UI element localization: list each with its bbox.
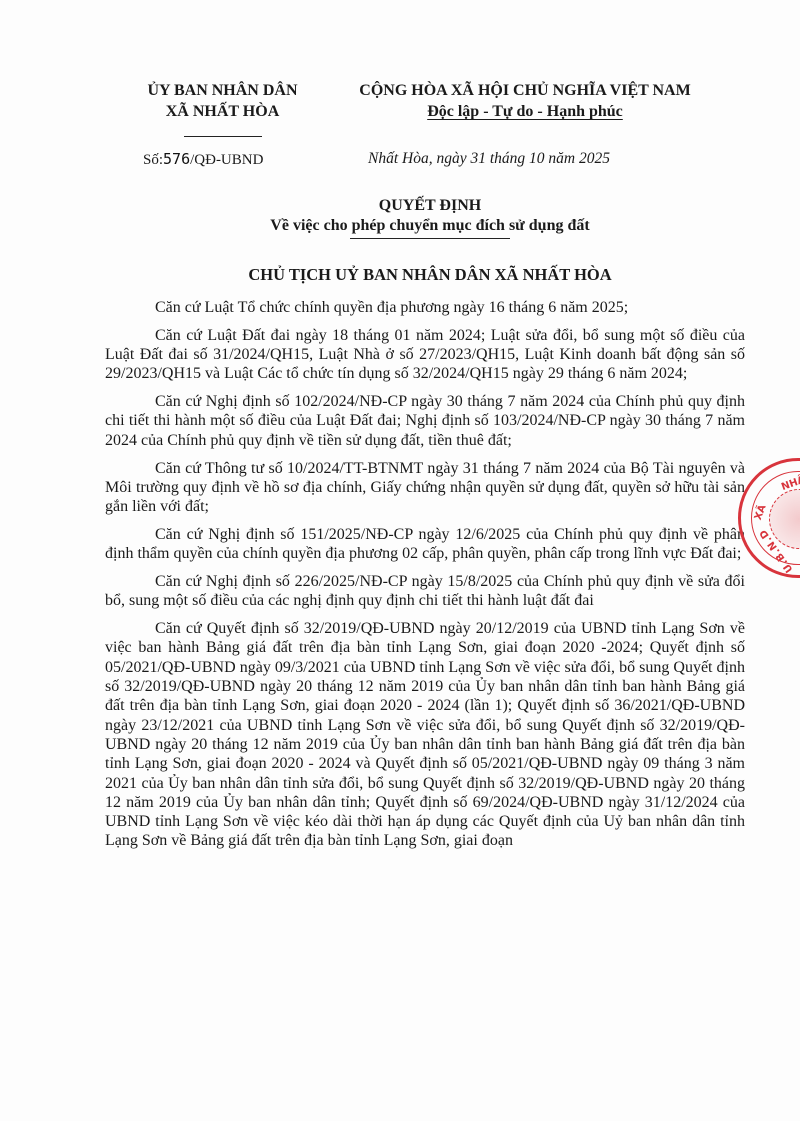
agency-line-2: XÃ NHẤT HÒA: [120, 101, 325, 122]
national-header: CỘNG HÒA XÃ HỘI CHỦ NGHĨA VIỆT NAM Độc l…: [330, 80, 720, 122]
document-date: Nhất Hòa, ngày 31 tháng 10 năm 2025: [368, 150, 610, 168]
legal-basis-paragraph: Căn cứ Nghị định số 151/2025/NĐ-CP ngày …: [105, 525, 745, 564]
country-name: CỘNG HÒA XÃ HỘI CHỦ NGHĨA VIỆT NAM: [330, 80, 720, 101]
decision-title: QUYẾT ĐỊNH: [150, 196, 710, 216]
doc-number-value: 576: [163, 150, 190, 168]
national-motto: Độc lập - Tự do - Hạnh phúc: [330, 101, 720, 122]
legal-basis-paragraph: Căn cứ Nghị định số 102/2024/NĐ-CP ngày …: [105, 392, 745, 450]
legal-basis-paragraph: Căn cứ Thông tư số 10/2024/TT-BTNMT ngày…: [105, 459, 745, 517]
subtitle-underline: [350, 238, 510, 239]
document-body: Căn cứ Luật Tổ chức chính quyền địa phươ…: [105, 298, 745, 859]
agency-underline: [184, 136, 262, 137]
issuing-authority: CHỦ TỊCH UỶ BAN NHÂN DÂN XÃ NHẤT HÒA: [150, 265, 710, 285]
decision-subtitle: Về việc cho phép chuyển mục đích sử dụng…: [150, 216, 710, 236]
decision-title-block: QUYẾT ĐỊNH Về việc cho phép chuyển mục đ…: [150, 196, 710, 239]
agency-line-1: ỦY BAN NHÂN DÂN: [120, 80, 325, 101]
doc-number-prefix: Số:: [143, 152, 163, 168]
document-page: ỦY BAN NHÂN DÂN XÃ NHẤT HÒA CỘNG HÒA XÃ …: [0, 0, 800, 1121]
doc-number-suffix: /QĐ-UBND: [190, 152, 263, 168]
legal-basis-paragraph: Căn cứ Nghị định số 226/2025/NĐ-CP ngày …: [105, 572, 745, 611]
legal-basis-paragraph: Căn cứ Luật Đất đai ngày 18 tháng 01 năm…: [105, 326, 745, 384]
legal-basis-paragraph: Căn cứ Quyết định số 32/2019/QĐ-UBND ngà…: [105, 619, 745, 851]
official-seal-stamp: NHẤT XÃ U.B.N.D: [738, 458, 800, 578]
legal-basis-paragraph: Căn cứ Luật Tổ chức chính quyền địa phươ…: [105, 298, 745, 317]
issuing-agency: ỦY BAN NHÂN DÂN XÃ NHẤT HÒA: [120, 80, 325, 143]
document-number: Số:576/QĐ-UBND: [143, 150, 263, 169]
